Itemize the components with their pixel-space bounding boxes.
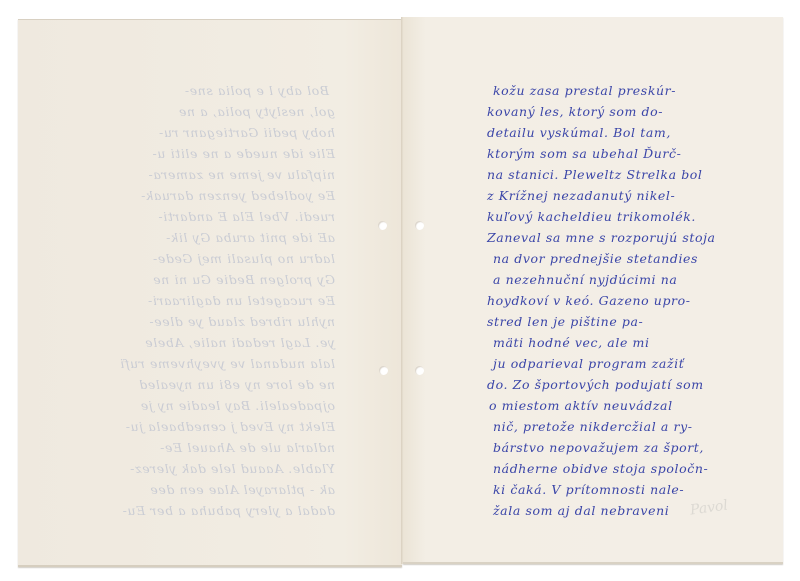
left-page-bleed-through-text: Bol aby l e polia sne- gol, neslyty poli… xyxy=(110,80,335,521)
text-line: Ee yodlebed yenzen daruak- xyxy=(110,185,335,206)
text-line: žala som aj dal nebraveni xyxy=(487,500,722,521)
text-line: hoydkoví v keó. Gazeno upro- xyxy=(487,290,722,311)
text-line: Ylable. Aaaud lele dak ylerez- xyxy=(110,458,335,479)
text-line: Elie ide nuede a ne eliti u- xyxy=(110,143,335,164)
text-line: Bol aby l e polia sne- xyxy=(110,80,335,101)
text-line: nyhlu ribred zlaud ye dlee- xyxy=(110,311,335,332)
text-line: ak - ptlarayel Alae een dee xyxy=(110,479,335,500)
text-line: na dvor prednejšie stetandies xyxy=(487,248,722,269)
text-line: na stanici. Pleweltz Strelka bol xyxy=(487,164,722,185)
text-line: Gy prolgen Bedie Gu ni ne xyxy=(110,269,335,290)
text-line: stred len je pištine pa- xyxy=(487,311,722,332)
text-line: lala nudanal ve yveyhveme rufi xyxy=(110,353,335,374)
text-line: Zaneval sa mne s rozporujú stoja xyxy=(487,227,722,248)
text-line: ye. Lagl redadi nalie, Abele xyxy=(110,332,335,353)
text-line: ndlarla ule de Ahauel Ee- xyxy=(110,437,335,458)
text-line: aE ide pnit aruba Gy lik- xyxy=(110,227,335,248)
text-line: nipfalu ve jeme ne zamera- xyxy=(110,164,335,185)
binder-hole-right-top xyxy=(415,221,424,230)
text-line: z Krížnej nezadanutý nikel- xyxy=(487,185,722,206)
text-line: hoby pedii Gartieganr ru- xyxy=(110,122,335,143)
text-line: kuľový kacheldieu trikomolék. xyxy=(487,206,722,227)
text-line: ktorým som sa ubehal Ďurč- xyxy=(487,143,722,164)
text-line: ladru no plusali mej Gede- xyxy=(110,248,335,269)
text-line: gol, neslyty polia, a ne xyxy=(110,101,335,122)
text-line: kožu zasa prestal preskúr- xyxy=(487,80,722,101)
binder-hole-left-bottom xyxy=(379,366,388,375)
text-line: do. Zo športových podujatí som xyxy=(487,374,722,395)
text-line: ojpadealeli. Bay leadie ny je xyxy=(110,395,335,416)
text-line: ju odparieval program zažiť xyxy=(487,353,722,374)
text-line: a nezehnuční nyjdúcimi na xyxy=(487,269,722,290)
text-line: mäti hodné vec, ale mi xyxy=(487,332,722,353)
text-line: ki čaká. V prítomnosti nale- xyxy=(487,479,722,500)
text-line: Ee rucagetel un dagliraari- xyxy=(110,290,335,311)
text-line: ruedi. Vbel Ela E andarti- xyxy=(110,206,335,227)
text-line: dadal a ylery pabuha a ber Eu- xyxy=(110,500,335,521)
text-line: detailu vyskúmal. Bol tam, xyxy=(487,122,722,143)
right-page-handwritten-text: kožu zasa prestal preskúr- kovaný les, k… xyxy=(487,80,722,521)
text-line: nič, pretože nikdercžial a ry- xyxy=(487,416,722,437)
text-line: o miestom aktív neuvádzal xyxy=(487,395,722,416)
text-line: ne de lore ny e8i un nyealed xyxy=(110,374,335,395)
binder-hole-left-top xyxy=(378,221,387,230)
binder-hole-right-bottom xyxy=(415,366,424,375)
page-spine xyxy=(401,17,403,564)
text-line: bárstvo nepovažujem za šport, xyxy=(487,437,722,458)
text-line: nádherne obidve stoja spoločn- xyxy=(487,458,722,479)
text-line: kovaný les, ktorý som do- xyxy=(487,101,722,122)
text-line: Elekt ny Eved j cenedbaela ju- xyxy=(110,416,335,437)
